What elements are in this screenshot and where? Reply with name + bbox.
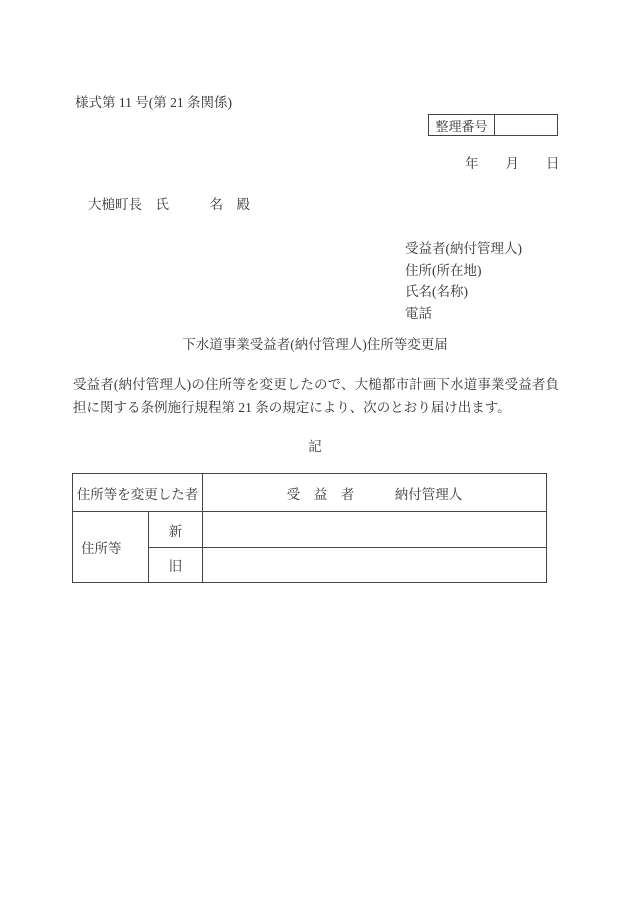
- section-marker: 記: [0, 438, 630, 455]
- form-number: 様式第 11 号(第 21 条関係): [75, 95, 232, 111]
- body-paragraph: 受益者(納付管理人)の住所等を変更したので、大槌都市計画下水道事業受益者負担に関…: [73, 374, 559, 419]
- new-address-value-cell: [203, 512, 547, 548]
- date-line: 年 月 日: [465, 156, 560, 172]
- beneficiary-manager-header-cell: 受 益 者 納付管理人: [203, 474, 547, 512]
- document-page: 様式第 11 号(第 21 条関係) 整理番号 年 月 日 大槌町長 氏 名 殿…: [0, 0, 630, 903]
- addressee-line: 大槌町長 氏 名 殿: [88, 196, 250, 213]
- reference-number-value: [495, 115, 557, 135]
- new-address-row: 住所等 新: [73, 512, 547, 548]
- applicant-role-line: 受益者(納付管理人): [405, 238, 522, 260]
- applicant-block: 受益者(納付管理人) 住所(所在地) 氏名(名称) 電話: [405, 238, 522, 325]
- table-header-row: 住所等を変更した者 受 益 者 納付管理人: [73, 474, 547, 512]
- new-label-cell: 新: [149, 512, 203, 548]
- applicant-phone-line: 電話: [405, 303, 522, 325]
- reference-number-label: 整理番号: [429, 115, 495, 135]
- reference-number-box: 整理番号: [428, 114, 558, 136]
- document-title: 下水道事業受益者(納付管理人)住所等変更届: [0, 336, 630, 353]
- old-label-cell: 旧: [149, 548, 203, 583]
- address-label-cell: 住所等: [73, 512, 149, 583]
- applicant-name-line: 氏名(名称): [405, 281, 522, 303]
- change-table: 住所等を変更した者 受 益 者 納付管理人 住所等 新 旧: [72, 473, 547, 583]
- old-address-value-cell: [203, 548, 547, 583]
- changer-header-cell: 住所等を変更した者: [73, 474, 203, 512]
- applicant-address-line: 住所(所在地): [405, 260, 522, 282]
